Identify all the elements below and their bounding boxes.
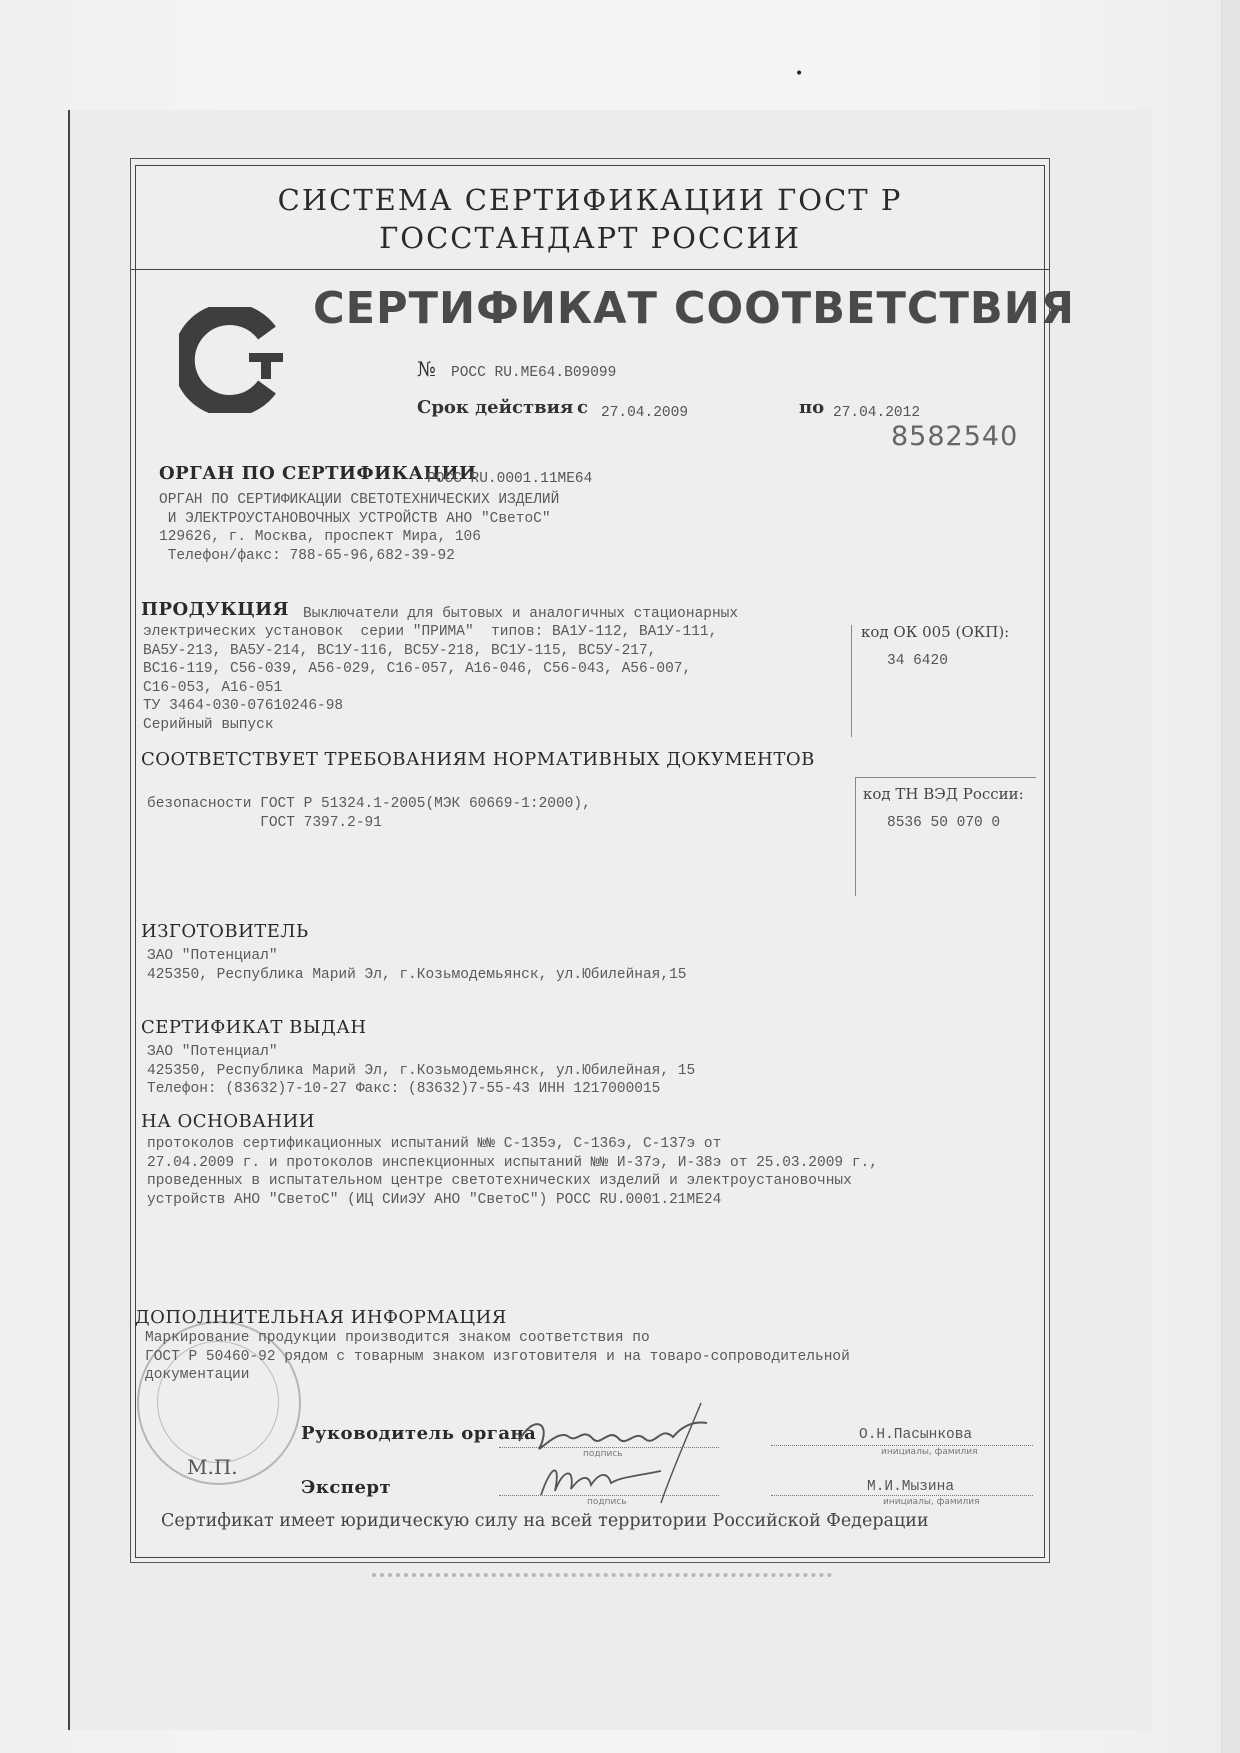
number-label: № [417,357,436,381]
legal-validity-statement: Сертификат имеет юридическую силу на все… [161,1511,929,1531]
blank-serial-number: 8582540 [891,421,1018,452]
header-divider [131,269,1049,270]
rst-logo-icon [179,307,285,413]
conformity-documents: безопасности ГОСТ Р 51324.1-2005(МЭК 606… [147,795,591,832]
certification-body-details: ОРГАН ПО СЕРТИФИКАЦИИ СВЕТОТЕХНИЧЕСКИХ И… [159,491,559,565]
validity-label: Срок действия [417,397,573,418]
issued-to-heading: СЕРТИФИКАТ ВЫДАН [141,1017,367,1038]
head-name: О.Н.Пасынкова [859,1427,972,1443]
product-first-line: Выключатели для бытовых и аналогичных ст… [303,605,738,624]
product-heading: ПРОДУКЦИЯ [141,599,289,620]
certification-body-code: РОСС RU.0001.11МЕ64 [427,471,592,487]
certificate-frame: СИСТЕМА СЕРТИФИКАЦИИ ГОСТ Р ГОССТАНДАРТ … [130,158,1050,1563]
okp-code-label: код ОК 005 (ОКП): [861,623,1009,641]
manufacturer-details: ЗАО "Потенциал" 425350, Республика Марий… [147,947,687,984]
certificate-number: РОСС RU.МЕ64.В09099 [451,365,616,381]
expert-name-line [771,1495,1033,1496]
head-name-line [771,1445,1033,1446]
head-of-body-label: Руководитель органа [301,1423,536,1444]
validity-from-label: с [577,397,588,418]
additional-info-details: Маркирование продукции производится знак… [145,1329,850,1385]
basis-heading: НА ОСНОВАНИИ [141,1111,315,1132]
additional-info-heading: ДОПОЛНИТЕЛЬНАЯ ИНФОРМАЦИЯ [135,1307,507,1328]
issued-to-details: ЗАО "Потенциал" 425350, Республика Марий… [147,1043,695,1099]
conformity-heading: СООТВЕТСТВУЕТ ТРЕБОВАНИЯМ НОРМАТИВНЫХ ДО… [141,749,815,770]
basis-details: протоколов сертификационных испытаний №№… [147,1135,878,1209]
okp-code-box [851,625,852,737]
product-details: электрических установок серии "ПРИМА" ти… [143,623,717,734]
system-title-line1: СИСТЕМА СЕРТИФИКАЦИИ ГОСТ Р [131,183,1049,217]
stamp-place-label: М.П. [187,1455,238,1479]
speck-mark: • [795,66,803,82]
expert-label: Эксперт [301,1477,391,1498]
validity-to-label: по [799,397,824,418]
tnved-code-value: 8536 50 070 0 [887,815,1000,831]
scan-edge [1221,0,1240,1753]
head-name-caption: инициалы, фамилия [881,1447,978,1457]
tnved-code-label: код ТН ВЭД России: [863,785,1024,803]
expert-name-caption: инициалы, фамилия [883,1497,980,1507]
manufacturer-heading: ИЗГОТОВИТЕЛЬ [141,921,309,942]
print-info-line [372,1573,832,1577]
validity-to-date: 27.04.2012 [833,405,920,421]
expert-name: М.И.Мызина [867,1479,954,1495]
certificate-title: СЕРТИФИКАТ СООТВЕТСТВИЯ [313,283,1075,334]
scanned-page: • СИСТЕМА СЕРТИФИКАЦИИ ГОСТ Р ГОССТАНДАР… [0,0,1240,1753]
expert-signature-icon [531,1455,671,1505]
validity-from-date: 27.04.2009 [601,405,688,421]
okp-code-value: 34 6420 [887,653,948,669]
system-title-line2: ГОССТАНДАРТ РОССИИ [131,221,1049,255]
